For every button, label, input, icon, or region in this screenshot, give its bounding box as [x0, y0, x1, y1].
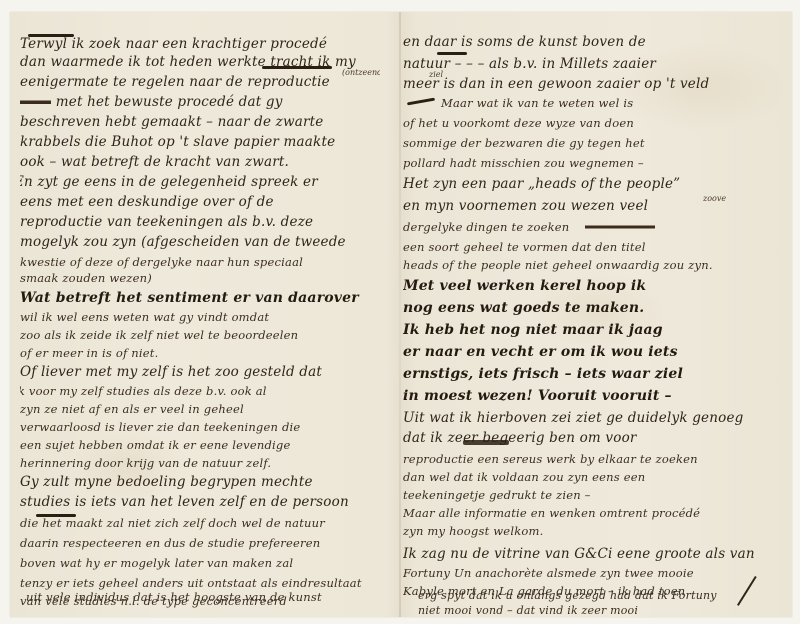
text-line: tenzy er iets geheel anders uit ontstaat…	[20, 576, 362, 590]
text-line: Ik zag nu de vitrine van G&Ci eene groot…	[403, 546, 755, 562]
struck-word: xxxxxxxxx	[585, 220, 655, 234]
text-line-content: dat ik zeer begeerig ben om voor	[403, 430, 637, 446]
text-line: Of liever met my zelf is het zoo gesteld…	[20, 364, 322, 380]
text-line: Met veel werken kerel hoop ik	[403, 278, 646, 294]
text-line: dat ik zeer begeerig ben om voor	[403, 430, 637, 446]
text-line: daarin respecteeren en dus de studie pre…	[20, 536, 320, 550]
text-line: een soort geheel te vormen dat den titel	[403, 240, 646, 254]
struck-word: xxxx	[20, 94, 51, 110]
page-fold	[399, 12, 401, 617]
text-line: Maar wat ik van te weten wel is	[441, 96, 633, 110]
text-line: nog eens wat goeds te maken.	[403, 300, 644, 316]
text-line: en myn voornemen zou wezen veel	[403, 198, 648, 214]
text-line: Maar alle informatie en wenken omtrent p…	[403, 506, 700, 520]
text-line: studies is iets van het leven zelf en de…	[20, 494, 349, 510]
text-line: dan wel dat ik voldaan zou zyn eens een	[403, 470, 645, 484]
text-line: xxxx met het bewuste procedé dat gy	[20, 94, 283, 110]
text-line: in moest wezen! Vooruit vooruit –	[403, 388, 672, 404]
text-line: sommige der bezwaren die gy tegen het	[403, 136, 645, 150]
text-line: een sujet hebben omdat ik er eene levend…	[20, 438, 291, 452]
text-line-content: dergelyke dingen te zoeken	[403, 220, 569, 234]
ink-flourish	[737, 576, 757, 606]
text-line: ook – wat betreft de kracht van zwart.	[20, 154, 289, 170]
text-line: of er meer in is of niet.	[20, 346, 158, 360]
text-line: Terwyl ik zoek naar een krachtiger proce…	[20, 36, 327, 52]
text-line: heads of the people niet geheel onwaardi…	[403, 258, 713, 272]
text-line: Uit wat ik hierboven zei ziet ge duidely…	[403, 410, 744, 426]
text-line: eens met een deskundige over of de	[20, 194, 274, 210]
text-line: boven wat hy er mogelyk later van maken …	[20, 556, 293, 570]
text-line: niet mooi vond – dat vind ik zeer mooi	[418, 604, 638, 617]
text-line: meer is dan in een gewoon zaaier op 't v…	[403, 76, 709, 92]
ink-dash	[437, 52, 467, 55]
text-line: dergelyke dingen te zoeken xxxxxxxxx	[403, 220, 655, 234]
text-line: Het zyn een paar „heads of the people”	[403, 176, 680, 192]
text-line: En zyt ge eens in de gelegenheid spreek …	[20, 174, 318, 190]
interlinear-note: (ontzeend)	[342, 68, 380, 77]
text-line: of het u voorkomt deze wyze van doen	[403, 116, 634, 130]
text-line: zyn my hoogst welkom.	[403, 524, 543, 538]
text-line: Ik heb het nog niet maar ik jaag	[403, 322, 663, 338]
text-line: herinnering door krijg van de natuur zel…	[20, 456, 271, 470]
text-line: en daar is soms de kunst boven de	[403, 34, 646, 50]
text-line: kwestie of deze of dergelyke naar hun sp…	[20, 255, 303, 269]
text-line: ernstigs, iets frisch – iets waar ziel	[403, 366, 683, 382]
ink-strike	[463, 440, 509, 445]
text-line: Wat betreft het sentiment er van daarove…	[20, 290, 359, 306]
text-line-content: met het bewuste procedé dat gy	[56, 94, 283, 110]
right-page: en daar is soms de kunst boven de natuur…	[403, 30, 775, 610]
text-line: teekeningetje gedrukt te zien –	[403, 488, 591, 502]
text-line: zoo als ik zeide ik zelf niet wel te beo…	[20, 328, 298, 342]
text-line: erg spyt dat ik u onlangs gezegd had dat…	[418, 589, 717, 602]
left-page: Terwyl ik zoek naar een krachtiger proce…	[20, 34, 380, 614]
ink-dash	[262, 66, 332, 69]
text-line: Gy zult myne bedoeling begrypen mechte	[20, 474, 313, 490]
text-line: smaak zouden wezen)	[20, 271, 152, 285]
text-line: die het maakt zal niet zich zelf doch we…	[20, 516, 325, 530]
text-line: Fortuny Un anachorète alsmede zyn twee m…	[403, 566, 694, 580]
text-line-last-left: uit vele individus dat is het hoogste va…	[26, 590, 322, 604]
text-line: reproductie van teekeningen als b.v. dez…	[20, 214, 313, 230]
interlinear-note: zoove	[703, 194, 726, 203]
text-line: beschreven hebt gemaakt – naar de zwarte	[20, 114, 323, 130]
text-line: krabbels die Buhot op 't slave papier ma…	[20, 134, 335, 150]
text-line: wil ik wel eens weten wat gy vindt omdat	[20, 310, 269, 324]
text-line: ik voor my zelf studies als deze b.v. oo…	[20, 384, 267, 398]
text-line: eenigermate te regelen naar de reproduct…	[20, 74, 330, 90]
ink-dash	[407, 98, 435, 106]
text-line: reproductie een sereus werk by elkaar te…	[403, 452, 698, 466]
text-line: er naar en vecht er om ik wou iets	[403, 344, 678, 360]
text-line: verwaarloosd is liever zie dan teekening…	[20, 420, 300, 434]
text-line: zyn ze niet af en als er veel in geheel	[20, 402, 244, 416]
text-line: pollard hadt misschien zou wegnemen –	[403, 156, 644, 170]
text-line: mogelyk zou zyn (afgescheiden van de twe…	[20, 234, 346, 250]
